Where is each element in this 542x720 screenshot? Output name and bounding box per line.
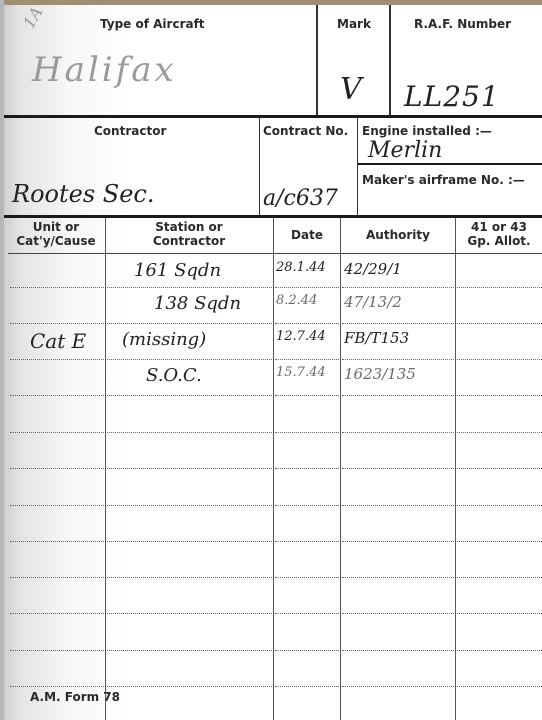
engine-installed-value[interactable]: Merlin xyxy=(368,138,442,163)
aircraft-record-card: Type of Aircraft 1A Halifax Mark V R.A.F… xyxy=(0,0,542,720)
table-cell-authority[interactable]: 47/13/2 xyxy=(344,293,402,311)
table-row-line xyxy=(342,505,454,506)
table-row-line xyxy=(275,577,339,578)
table-row-line xyxy=(275,323,339,324)
table-column-divider xyxy=(455,218,456,720)
table-cell-station[interactable]: 138 Sqdn xyxy=(154,293,241,314)
table-row-line xyxy=(275,650,339,651)
column-header-date: Date xyxy=(274,228,340,242)
table-cell-unit[interactable]: Cat E xyxy=(30,329,86,353)
mark-label: Mark xyxy=(337,17,371,31)
table-row-line xyxy=(107,359,272,360)
table-row-line xyxy=(275,613,339,614)
table-row-line xyxy=(10,686,104,687)
table-row-line xyxy=(10,650,104,651)
table-row-line xyxy=(342,287,454,288)
table-cell-station[interactable]: (missing) xyxy=(122,329,206,350)
table-cell-authority[interactable]: FB/T153 xyxy=(344,329,409,347)
table-row-line xyxy=(457,686,542,687)
table-row-line xyxy=(457,505,542,506)
table-row-line xyxy=(457,395,542,396)
type-of-aircraft-label: Type of Aircraft xyxy=(100,17,205,31)
table-row-line xyxy=(342,650,454,651)
table-row-line xyxy=(275,432,339,433)
table-cell-station[interactable]: S.O.C. xyxy=(146,365,202,386)
table-cell-date[interactable]: 8.2.44 xyxy=(276,293,317,308)
table-row-line xyxy=(342,432,454,433)
table-row-line xyxy=(457,541,542,542)
table-row-line xyxy=(10,395,104,396)
card-top-edge xyxy=(0,0,542,5)
divider-mark-raf xyxy=(389,5,391,115)
table-row-line xyxy=(10,468,104,469)
table-row-line xyxy=(107,323,272,324)
column-header-station: Station or Contractor xyxy=(106,220,272,248)
table-row-line xyxy=(342,613,454,614)
table-row-line xyxy=(457,613,542,614)
contract-no-value[interactable]: a/c637 xyxy=(263,186,338,211)
table-column-divider xyxy=(105,218,106,720)
rule-top-section xyxy=(4,115,542,118)
form-number: A.M. Form 78 xyxy=(30,690,120,704)
table-row-line xyxy=(10,359,104,360)
table-row-line xyxy=(457,359,542,360)
table-row-line xyxy=(10,432,104,433)
table-cell-date[interactable]: 28.1.44 xyxy=(276,260,326,275)
table-row-line xyxy=(107,468,272,469)
column-header-unit: Unit or Cat'y/Cause xyxy=(8,220,104,248)
table-row-line xyxy=(10,287,104,288)
table-column-divider xyxy=(340,218,341,720)
table-row-line xyxy=(107,577,272,578)
table-cell-authority[interactable]: 42/29/1 xyxy=(344,260,402,278)
table-row-line xyxy=(275,505,339,506)
table-row-line xyxy=(342,395,454,396)
divider-contract-no xyxy=(357,118,358,216)
table-cell-authority[interactable]: 1623/135 xyxy=(344,365,416,383)
table-row-line xyxy=(107,287,272,288)
table-row-line xyxy=(107,613,272,614)
table-cell-date[interactable]: 12.7.44 xyxy=(276,329,326,344)
table-header-rule xyxy=(8,253,542,254)
table-row-line xyxy=(275,468,339,469)
table-row-line xyxy=(275,686,339,687)
contractor-value[interactable]: Rootes Sec. xyxy=(12,180,154,208)
table-row-line xyxy=(107,395,272,396)
table-row-line xyxy=(457,650,542,651)
contractor-label: Contractor xyxy=(94,124,166,138)
table-row-line xyxy=(342,577,454,578)
raf-number-label: R.A.F. Number xyxy=(414,17,511,31)
table-cell-station[interactable]: 161 Sqdn xyxy=(134,260,221,281)
table-row-line xyxy=(107,686,272,687)
table-row-line xyxy=(10,323,104,324)
table-row-line xyxy=(10,577,104,578)
corner-note: 1A xyxy=(19,3,46,31)
table-row-line xyxy=(107,650,272,651)
table-row-line xyxy=(275,287,339,288)
table-row-line xyxy=(275,359,339,360)
table-row-line xyxy=(457,323,542,324)
table-row-line xyxy=(10,541,104,542)
mark-value[interactable]: V xyxy=(340,72,362,107)
table-row-line xyxy=(342,359,454,360)
table-row-line xyxy=(275,541,339,542)
table-row-line xyxy=(342,468,454,469)
column-header-authority: Authority xyxy=(341,228,455,242)
table-row-line xyxy=(275,395,339,396)
table-row-line xyxy=(457,577,542,578)
contract-no-label: Contract No. xyxy=(263,124,348,138)
makers-airframe-label: Maker's airframe No. :— xyxy=(362,173,525,187)
table-row-line xyxy=(457,468,542,469)
table-row-line xyxy=(342,541,454,542)
raf-number-value[interactable]: LL251 xyxy=(404,80,500,113)
table-row-line xyxy=(107,541,272,542)
table-row-line xyxy=(10,505,104,506)
rule-engine xyxy=(358,163,542,165)
table-row-line xyxy=(457,432,542,433)
table-row-line xyxy=(342,323,454,324)
type-of-aircraft-value[interactable]: Halifax xyxy=(32,50,177,90)
table-row-line xyxy=(107,505,272,506)
engine-installed-label: Engine installed :— xyxy=(362,124,492,138)
table-row-line xyxy=(107,432,272,433)
table-column-divider xyxy=(273,218,274,720)
divider-type-mark xyxy=(316,5,318,115)
divider-contractor xyxy=(259,118,260,216)
column-header-allot: 41 or 43 Gp. Allot. xyxy=(456,220,542,248)
card-left-edge xyxy=(0,0,4,720)
table-row-line xyxy=(342,686,454,687)
table-row-line xyxy=(10,613,104,614)
table-cell-date[interactable]: 15.7.44 xyxy=(276,365,326,380)
table-row-line xyxy=(457,287,542,288)
